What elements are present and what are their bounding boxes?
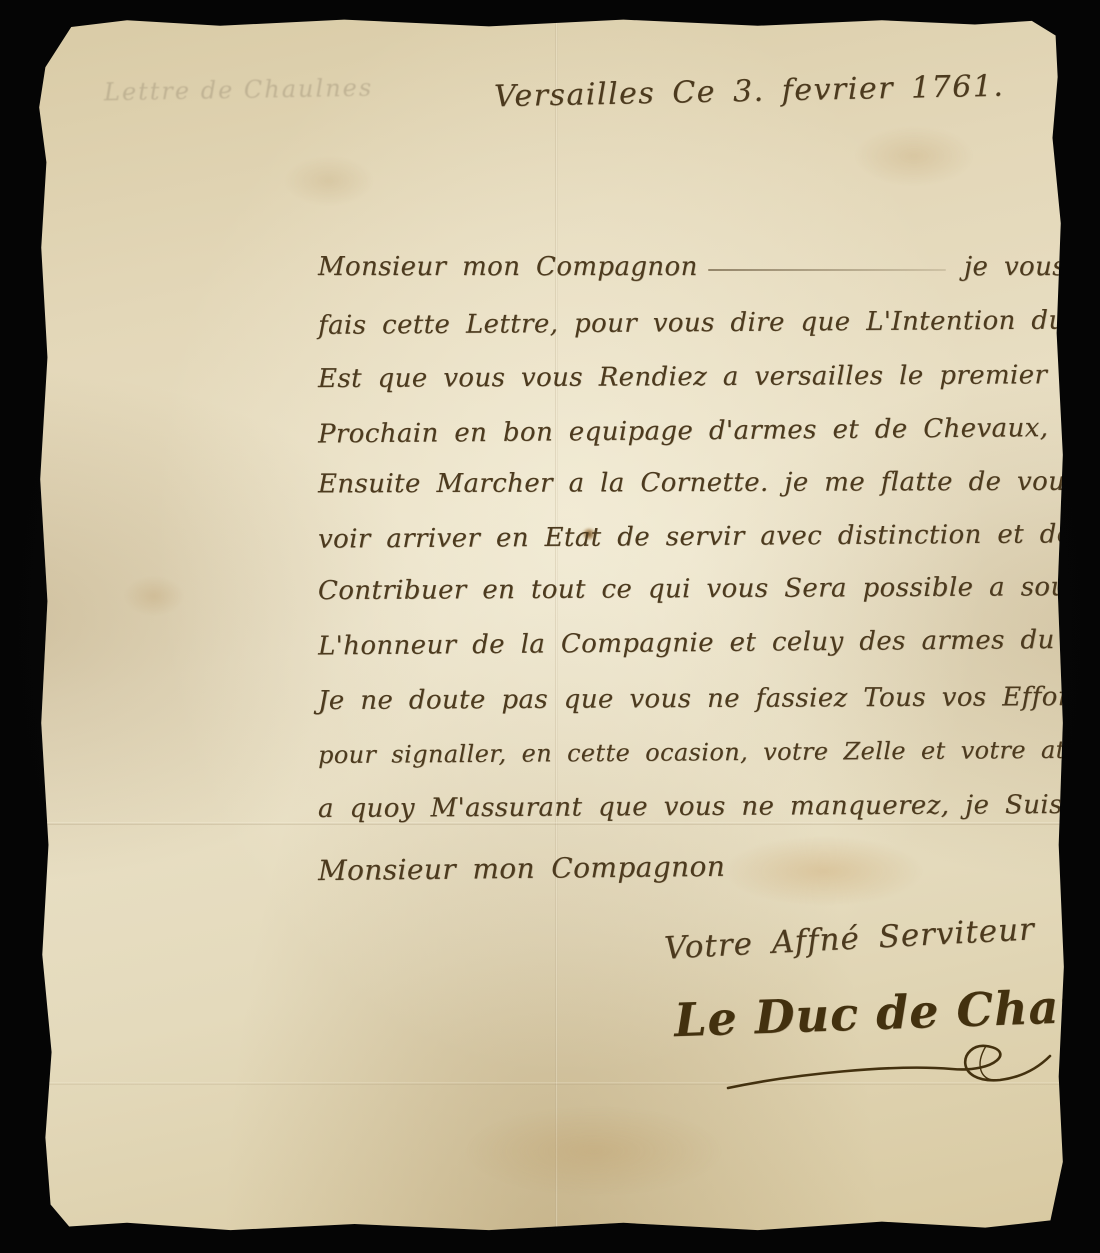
body-line: fais cette Lettre, pour vous dire que L'… — [318, 305, 1100, 341]
body-line: a quoy M'assurant que vous ne manquerez,… — [318, 790, 1063, 824]
stain-top-right — [854, 126, 974, 186]
salutation-catchword: je vous — [964, 252, 1066, 282]
body-line: Je ne doute pas que vous ne fassiez Tous… — [318, 682, 1095, 716]
stain-left-margin — [124, 576, 184, 616]
body-line: L'honneur de la Compagnie et celuy des a… — [318, 624, 1100, 661]
stain-right-middle — [724, 836, 924, 906]
letter-sheet: Lettre de Chaulnes Versailles Ce 3. fevr… — [34, 16, 1068, 1235]
dateline: Versailles Ce 3. fevrier 1761. — [494, 69, 1005, 115]
signature-paraph — [724, 1036, 1054, 1106]
vertical-fold-crease — [555, 16, 558, 1235]
body-line: Contribuer en tout ce qui vous Sera poss… — [318, 572, 1100, 606]
salutation-row: Monsieur mon Compagnon je vous — [318, 252, 1066, 282]
closing-salutation: Monsieur mon Compagnon — [318, 850, 726, 887]
body-line: pour signaller, en cette ocasion, votre … — [318, 735, 1100, 769]
photo-background: Lettre de Chaulnes Versailles Ce 3. fevr… — [0, 0, 1100, 1253]
body-line: voir arriver en Etat de servir avec dist… — [318, 519, 1073, 554]
valediction: Votre Affné Serviteur — [663, 911, 1035, 966]
salutation: Monsieur mon Compagnon — [318, 252, 698, 282]
body-line: Prochain en bon equipage d'armes et de C… — [318, 412, 1100, 449]
body-line: Est que vous vous Rendiez a versailles l… — [318, 360, 1100, 394]
flourish-dash — [708, 269, 946, 271]
body-line: Ensuite Marcher a la Cornette. je me fla… — [318, 467, 1100, 500]
stain-bottom-center — [464, 1106, 724, 1196]
pencil-inscription: Lettre de Chaulnes — [104, 74, 374, 107]
stain-upper-left — [284, 156, 374, 206]
